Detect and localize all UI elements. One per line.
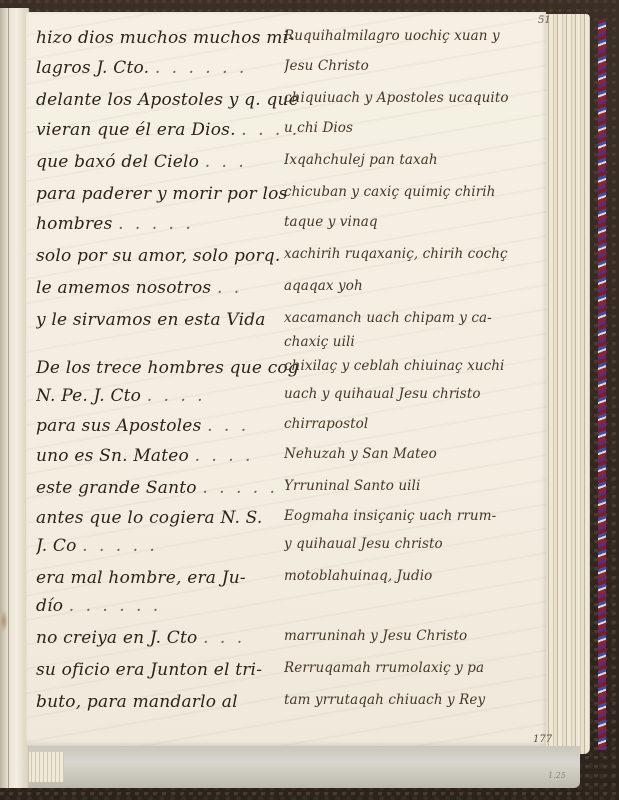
leader-dots: . . . . . bbox=[202, 478, 278, 498]
text-row: era mal hombre, era Ju- motoblahuinaq, J… bbox=[26, 568, 546, 598]
indigenous-line: chaxiç uili bbox=[284, 334, 546, 350]
indigenous-line: chicuban y caxiç quimiç chirih bbox=[284, 184, 546, 200]
spanish-text: lagros J. Cto. bbox=[36, 58, 149, 78]
catchword-number: 177 bbox=[533, 734, 552, 745]
spanish-line: solo por su amor, solo porq. bbox=[36, 246, 298, 266]
text-row: vieran que él era Dios. . . . . u chi Di… bbox=[26, 120, 546, 150]
indigenous-line: xachirih ruqaxaniç, chirih cochç bbox=[284, 246, 546, 262]
spanish-text: no creiya en J. Cto bbox=[36, 628, 197, 648]
lower-leaf-stack bbox=[24, 752, 64, 782]
leader-dots: . . . . bbox=[147, 386, 206, 406]
spanish-line: que baxó del Cielo . . . bbox=[36, 152, 298, 172]
text-row: lagros J. Cto. . . . . . . Jesu Christo bbox=[26, 58, 546, 88]
lower-leaf-pencil-note: 1.25 bbox=[548, 771, 566, 780]
spanish-text: vieran que él era Dios. bbox=[36, 120, 236, 140]
leader-dots: . . . bbox=[205, 152, 247, 172]
spanish-line: uno es Sn. Mateo . . . . bbox=[36, 446, 298, 466]
binding-gutter bbox=[0, 8, 29, 788]
spanish-line: para sus Apostoles . . . bbox=[36, 416, 298, 436]
text-row: N. Pe. J. Cto . . . . uach y quihaual Je… bbox=[26, 386, 546, 416]
text-row: buto, para mandarlo al tam yrrutaqah chi… bbox=[26, 692, 546, 722]
spanish-line: para paderer y morir por los bbox=[36, 184, 298, 204]
spanish-text: J. Co bbox=[36, 536, 77, 556]
indigenous-line: y quihaual Jesu christo bbox=[284, 536, 546, 552]
text-row: antes que lo cogiera N. S. Eogmaha insiç… bbox=[26, 508, 546, 538]
text-row: su oficio era Junton el tri- Rerruqamah … bbox=[26, 660, 546, 690]
leader-dots: . . bbox=[217, 278, 242, 298]
leader-dots: . . . . bbox=[195, 446, 254, 466]
text-row: De los trece hombres que cogió chixilaç … bbox=[26, 358, 546, 388]
spanish-line: N. Pe. J. Cto . . . . bbox=[36, 386, 298, 406]
spanish-line: lagros J. Cto. . . . . . . bbox=[36, 58, 298, 78]
spanish-line: su oficio era Junton el tri- bbox=[36, 660, 298, 680]
lower-leaf bbox=[24, 746, 580, 788]
indigenous-line: Ruquihalmilagro uochiç xuan y bbox=[284, 28, 546, 44]
text-row: para sus Apostoles . . . chirrapostol bbox=[26, 416, 546, 446]
spanish-line: J. Co . . . . . bbox=[36, 536, 298, 556]
text-row: J. Co . . . . . y quihaual Jesu christo bbox=[26, 536, 546, 566]
indigenous-line: uach y quihaual Jesu christo bbox=[284, 386, 546, 402]
indigenous-line: xacamanch uach chipam y ca- bbox=[284, 310, 546, 326]
indigenous-line: tam yrrutaqah chiuach y Rey bbox=[284, 692, 546, 708]
spanish-line: antes que lo cogiera N. S. bbox=[36, 508, 298, 528]
bilingual-text-columns: hizo dios muchos muchos mi- Ruquihalmila… bbox=[26, 12, 546, 746]
leader-dots: . . . . . . bbox=[69, 596, 161, 616]
spanish-line: De los trece hombres que cogió bbox=[36, 358, 298, 378]
spanish-text: N. Pe. J. Cto bbox=[36, 386, 141, 406]
spanish-line: no creiya en J. Cto . . . bbox=[36, 628, 298, 648]
text-row: no creiya en J. Cto . . . marruninah y J… bbox=[26, 628, 546, 658]
text-row: este grande Santo . . . . . Yrruninal Sa… bbox=[26, 478, 546, 508]
indigenous-line: Jesu Christo bbox=[284, 58, 546, 74]
indigenous-line: Nehuzah y San Mateo bbox=[284, 446, 546, 462]
indigenous-line: Yrruninal Santo uili bbox=[284, 478, 546, 494]
spanish-line: le amemos nosotros . . bbox=[36, 278, 298, 298]
spanish-text: este grande Santo bbox=[36, 478, 197, 498]
text-row: para paderer y morir por los chicuban y … bbox=[26, 184, 546, 214]
text-row: dío . . . . . . bbox=[26, 596, 546, 626]
indigenous-line: chiquiuach y Apostoles ucaquito bbox=[284, 90, 546, 106]
spanish-line: este grande Santo . . . . . bbox=[36, 478, 298, 498]
indigenous-line: chirrapostol bbox=[284, 416, 546, 432]
spanish-line: y le sirvamos en esta Vida bbox=[36, 310, 298, 330]
spanish-line: hizo dios muchos muchos mi- bbox=[36, 28, 298, 48]
text-row: hombres . . . . . taque y vinaq bbox=[26, 214, 546, 244]
spanish-line: vieran que él era Dios. . . . . bbox=[36, 120, 298, 140]
spanish-text: le amemos nosotros bbox=[36, 278, 211, 298]
indigenous-line: motoblahuinaq, Judio bbox=[284, 568, 546, 584]
text-row: que baxó del Cielo . . . Ixqahchulej pan… bbox=[26, 152, 546, 182]
spanish-line: hombres . . . . . bbox=[36, 214, 298, 234]
spanish-text: para sus Apostoles bbox=[36, 416, 202, 436]
spanish-line: buto, para mandarlo al bbox=[36, 692, 298, 712]
text-row: solo por su amor, solo porq. xachirih ru… bbox=[26, 246, 546, 276]
manuscript-page: 51 hizo dios muchos muchos mi- Ruquihalm… bbox=[26, 12, 546, 746]
page-stack-fore-edge bbox=[540, 14, 590, 754]
text-row: uno es Sn. Mateo . . . . Nehuzah y San M… bbox=[26, 446, 546, 476]
indigenous-line: Eogmaha insiçaniç uach rrum- bbox=[284, 508, 546, 524]
indigenous-line: taque y vinaq bbox=[284, 214, 546, 230]
text-row: hizo dios muchos muchos mi- Ruquihalmila… bbox=[26, 28, 546, 58]
spanish-line: delante los Apostoles y q. que bbox=[36, 90, 298, 110]
leader-dots: . . . . . bbox=[118, 214, 194, 234]
indigenous-line: Ixqahchulej pan taxah bbox=[284, 152, 546, 168]
leader-dots: . . . bbox=[203, 628, 245, 648]
spanish-line: dío . . . . . . bbox=[36, 596, 298, 616]
text-row: le amemos nosotros . . aqaqax yoh bbox=[26, 278, 546, 308]
spanish-text: uno es Sn. Mateo bbox=[36, 446, 189, 466]
indigenous-line: chixilaç y ceblah chiuinaç xuchi bbox=[284, 358, 546, 374]
marbled-page-edge bbox=[598, 20, 606, 750]
indigenous-line: u chi Dios bbox=[284, 120, 546, 136]
leader-dots: . . . . . bbox=[82, 536, 158, 556]
text-row: delante los Apostoles y q. que chiquiuac… bbox=[26, 90, 546, 120]
ink-stain bbox=[0, 610, 8, 632]
spanish-text: que baxó del Cielo bbox=[36, 152, 199, 172]
spanish-line: era mal hombre, era Ju- bbox=[36, 568, 298, 588]
leader-dots: . . . bbox=[207, 416, 249, 436]
spanish-text: hombres bbox=[36, 214, 113, 234]
spanish-text: dío bbox=[36, 596, 63, 616]
indigenous-line: aqaqax yoh bbox=[284, 278, 546, 294]
leader-dots: . . . . . . bbox=[155, 58, 247, 78]
indigenous-line: marruninah y Jesu Christo bbox=[284, 628, 546, 644]
indigenous-line: Rerruqamah rrumolaxiç y pa bbox=[284, 660, 546, 676]
